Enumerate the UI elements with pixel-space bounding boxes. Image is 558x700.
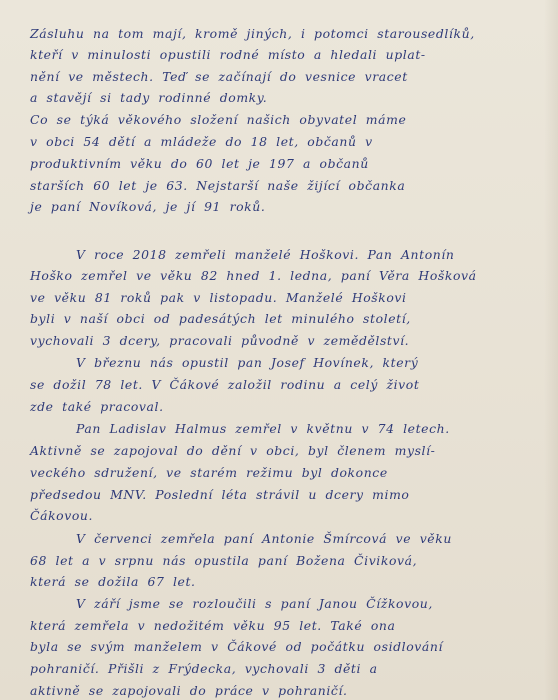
handwritten-line: Pan Ladislav Halmus zemřel v květnu v 74… <box>76 423 450 435</box>
handwritten-line: Zásluhu na tom mají, kromě jiných, i pot… <box>30 28 475 40</box>
handwritten-line: Co se týká věkového složení našich obyva… <box>30 114 406 126</box>
handwritten-line: V červenci zemřela paní Antonie Šmírcová… <box>76 533 452 545</box>
handwritten-line: Aktivně se zapojoval do dění v obci, byl… <box>30 445 435 457</box>
handwritten-line: v obci 54 dětí a mládeže do 18 let, obča… <box>30 136 373 148</box>
handwritten-line: je paní Novíková, je jí 91 roků. <box>30 201 265 213</box>
handwritten-line: Čákovou. <box>30 510 93 522</box>
handwritten-line: starších 60 let je 63. Nejstarší naše ži… <box>30 180 405 192</box>
handwritten-line: se dožil 78 let. V Čákové založil rodinu… <box>30 379 419 391</box>
handwritten-line: V březnu nás opustil pan Josef Hovínek, … <box>76 357 418 369</box>
handwritten-line: která zemřela v nedožitém věku 95 let. T… <box>30 620 395 632</box>
handwritten-page: Zásluhu na tom mají, kromě jiných, i pot… <box>0 0 558 700</box>
handwritten-line: zde také pracoval. <box>30 401 164 413</box>
handwritten-line: která se dožila 67 let. <box>30 576 196 588</box>
handwritten-line: aktivně se zapojovali do práce v pohrani… <box>30 685 348 697</box>
handwritten-line: ve věku 81 roků pak v listopadu. Manželé… <box>30 292 407 304</box>
handwritten-line: nění ve městech. Teď se začínají do vesn… <box>30 71 408 83</box>
handwritten-line: V září jsme se rozloučili s paní Janou Č… <box>76 598 433 610</box>
handwritten-line: veckého sdružení, ve starém režimu byl d… <box>30 467 388 479</box>
handwritten-line: a stavějí si tady rodinné domky. <box>30 92 267 104</box>
handwritten-line: byla se svým manželem v Čákové od počátk… <box>30 641 443 653</box>
handwritten-line: kteří v minulosti opustili rodné místo a… <box>30 49 426 61</box>
handwritten-line: pohraničí. Přišli z Frýdecka, vychovali … <box>30 663 378 675</box>
handwritten-line: 68 let a v srpnu nás opustila paní Božen… <box>30 555 417 567</box>
handwritten-line: Hoško zemřel ve věku 82 hned 1. ledna, p… <box>30 270 477 282</box>
handwritten-line: předsedou MNV. Poslední léta strávil u d… <box>30 489 410 501</box>
handwritten-line: byli v naší obci od padesátých let minul… <box>30 313 411 325</box>
handwritten-line: produktivním věku do 60 let je 197 a obč… <box>30 158 369 170</box>
handwritten-line: V roce 2018 zemřeli manželé Hoškovi. Pan… <box>76 249 455 261</box>
handwritten-line: vychovali 3 dcery, pracovali původně v z… <box>30 335 409 347</box>
